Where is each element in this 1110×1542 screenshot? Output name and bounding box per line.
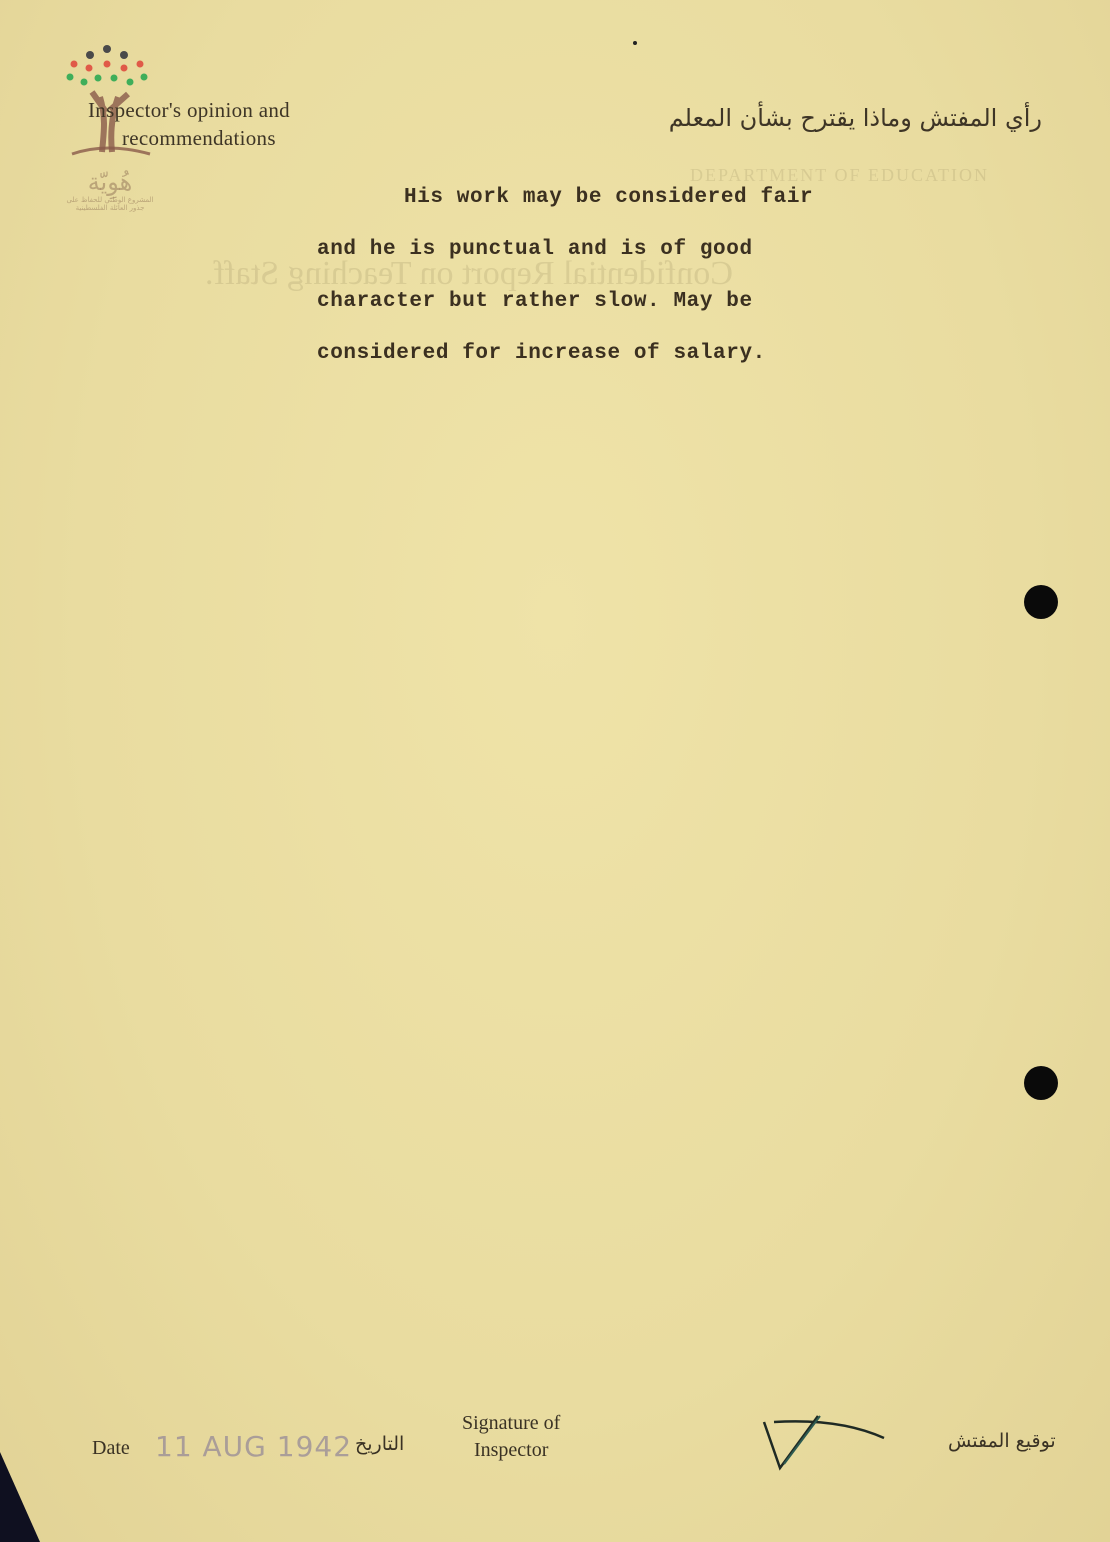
- watermark-title: هُوِيّة: [55, 168, 165, 196]
- speck: [633, 41, 637, 45]
- punch-hole-lower: [1024, 1066, 1058, 1100]
- bleed-through-department: DEPARTMENT OF EDUCATION: [690, 165, 989, 186]
- scan-corner-shadow: [0, 1452, 40, 1542]
- opinion-line-4: considered for increase of salary.: [317, 342, 766, 365]
- signature-label-line1: Signature of: [462, 1410, 560, 1437]
- date-label-ar: التاريخ: [355, 1433, 404, 1455]
- section-label-ar: رأي المفتش وماذا يقترح بشأن المعلم: [669, 104, 1042, 132]
- opinion-line-1: His work may be considered fair: [404, 186, 813, 209]
- watermark-subtitle-line2: جذور العائلة الفلسطينية: [55, 204, 165, 212]
- punch-hole-upper: [1024, 585, 1058, 619]
- inspector-signature: [760, 1410, 890, 1480]
- date-label: Date: [92, 1437, 130, 1460]
- watermark-subtitle-line1: المشروع الوطني للحفاظ على: [55, 196, 165, 204]
- signature-label: Signature of Inspector: [462, 1410, 560, 1464]
- signature-label-line2: Inspector: [462, 1437, 560, 1464]
- section-label-line1: Inspector's opinion and: [88, 96, 290, 124]
- opinion-line-3: character but rather slow. May be: [317, 290, 753, 313]
- opinion-line-2: and he is punctual and is of good: [317, 238, 753, 261]
- section-label-line2: recommendations: [88, 124, 290, 152]
- signature-label-ar: توقيع المفتش: [948, 1430, 1056, 1452]
- watermark-text: هُوِيّة المشروع الوطني للحفاظ على جذور ا…: [55, 168, 165, 212]
- signature-scribble-icon: [760, 1410, 890, 1475]
- date-stamp: 11 AUG 1942: [155, 1430, 352, 1463]
- section-label-en: Inspector's opinion and recommendations: [88, 96, 290, 152]
